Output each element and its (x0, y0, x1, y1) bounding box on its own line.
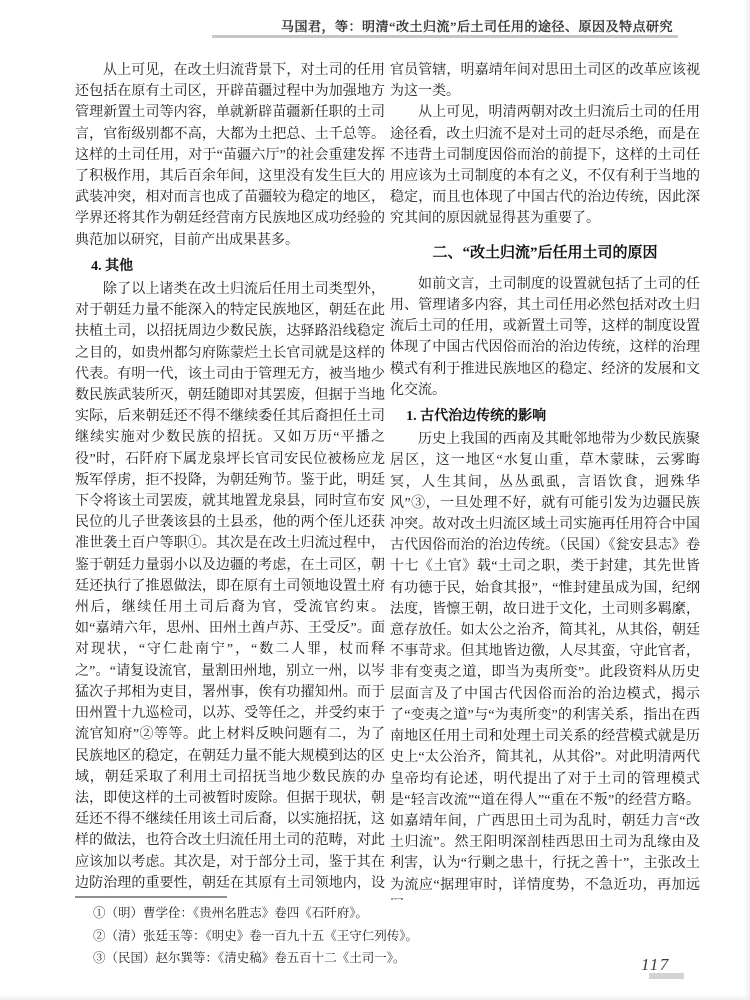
body-paragraph: 从上可见，在改土归流背景下，对土司的任用还包括在原有土司区，开辟苗疆过程中为加强… (75, 60, 385, 251)
footnote-3: ③（民国）赵尔巽等：《清史稿》卷五百十二《土司一》。 (75, 947, 395, 970)
header-rule (212, 35, 678, 38)
footnote-2: ②（清）张廷玉等：《明史》卷一百九十五《王守仁列传》。 (75, 925, 395, 948)
body-paragraph: 除了以上诸类在改土归流后任用土司类型外，对于朝廷力量不能深入的特定民族地区，朝廷… (75, 279, 385, 894)
body-paragraph: 历史上我国的西南及其毗邻地带为少数民族聚居区，这一地区“水复山重，草木蒙昧，云雾… (390, 429, 700, 900)
page-number: 117 (641, 955, 670, 975)
subheading-1-tradition: 1. 古代治边传统的影响 (390, 406, 700, 427)
section-heading: 二、“改土归流”后任用土司的原因 (390, 243, 700, 264)
body-paragraph: 从上可见，明清两朝对改土归流后土司的任用途径看，改土归流不是对土司的赶尽杀绝，而… (390, 102, 700, 229)
subheading-4-other: 4. 其他 (75, 256, 385, 277)
right-column: 官员管辖，明嘉靖年间对思田土司区的改革应该视为这一类。 从上可见，明清两朝对改土… (390, 60, 700, 900)
footnote-separator (75, 896, 227, 898)
journal-page: 马国君，等：明清“改土归流”后土司任用的途径、原因及特点研究 从上可见，在改土归… (0, 0, 750, 1000)
running-title: 马国君，等：明清“改土归流”后土司任用的途径、原因及特点研究 (281, 16, 673, 35)
left-column: 从上可见，在改土归流背景下，对土司的任用还包括在原有土司区，开辟苗疆过程中为加强… (75, 60, 385, 894)
footnote-1: ①（明）曹学佺：《贵州名胜志》卷四《石阡府》。 (75, 902, 395, 925)
body-paragraph: 如前文言，土司制度的设置就包括了土司的任用、管理诸多内容，其土司任用必然包括对改… (390, 274, 700, 401)
body-paragraph-continuation: 官员管辖，明嘉靖年间对思田土司区的改革应该视为这一类。 (390, 60, 700, 102)
page-number-decoration (649, 973, 684, 979)
footnotes: ①（明）曹学佺：《贵州名胜志》卷四《石阡府》。 ②（清）张廷玉等：《明史》卷一百… (75, 902, 395, 970)
